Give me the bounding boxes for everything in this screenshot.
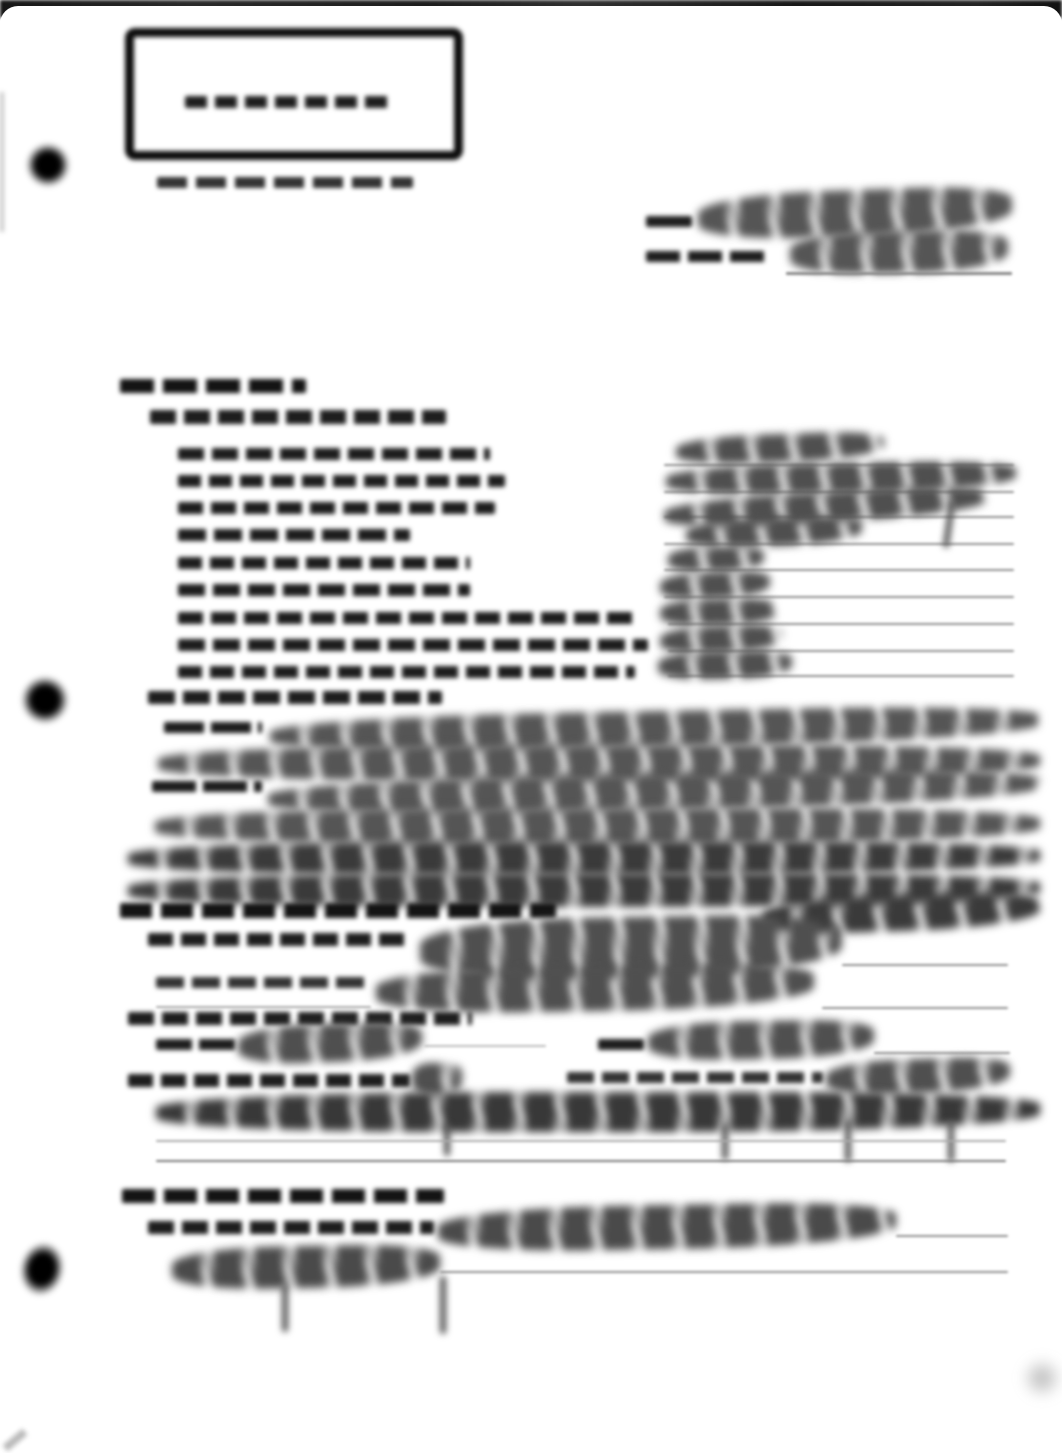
s2c-underline bbox=[156, 1140, 1006, 1142]
s3-descender-1 bbox=[282, 1284, 288, 1332]
s1-item-8 bbox=[178, 639, 648, 651]
title-box-text bbox=[185, 96, 390, 108]
s2b-field2-label bbox=[598, 1039, 644, 1050]
section2-heading bbox=[120, 903, 556, 918]
s1-item-4 bbox=[178, 529, 410, 541]
section1-question-a bbox=[150, 410, 446, 424]
hole-punch-top bbox=[26, 143, 70, 187]
s3a-label bbox=[148, 1221, 434, 1234]
section1-heading bbox=[120, 379, 306, 393]
sb-row5-hand bbox=[128, 841, 1040, 875]
s1-item-6 bbox=[178, 584, 470, 596]
s2c-inline-print bbox=[567, 1072, 823, 1083]
s2a2-label-underline bbox=[156, 1006, 371, 1008]
s2a2-line bbox=[822, 1007, 1008, 1009]
s2c-blank-line bbox=[156, 1160, 1006, 1162]
s2b-field1-label bbox=[156, 1039, 236, 1050]
name-label bbox=[646, 216, 692, 227]
s2b-field1-line bbox=[424, 1045, 546, 1047]
period-underline bbox=[786, 272, 1012, 275]
s3-row2-line bbox=[440, 1271, 1008, 1273]
s1-item-9 bbox=[178, 666, 635, 678]
s1-item-2 bbox=[178, 475, 505, 487]
s3-descender-2 bbox=[440, 1276, 446, 1334]
title-caption-text bbox=[157, 177, 413, 188]
s2c-big-hand-row bbox=[156, 1092, 1040, 1132]
section3-heading bbox=[122, 1189, 444, 1203]
s2a2-label bbox=[156, 977, 371, 988]
sb-row3-label bbox=[152, 781, 262, 792]
left-edge-sliver bbox=[0, 92, 4, 232]
s2b-field2-line bbox=[874, 1052, 1010, 1054]
s1-item-5 bbox=[178, 557, 470, 569]
hole-punch-middle bbox=[21, 676, 69, 724]
s2c-hand-word bbox=[411, 1062, 462, 1096]
section1-question-b bbox=[148, 691, 442, 704]
sb-row1-label bbox=[164, 722, 262, 733]
s1-item-1 bbox=[178, 448, 490, 460]
s2b-label bbox=[128, 1012, 472, 1025]
s3a-line bbox=[896, 1235, 1008, 1237]
sb-row4-hand bbox=[155, 808, 1040, 844]
scanned-worksheet-scan bbox=[0, 0, 1062, 1453]
s1-item-3 bbox=[178, 502, 495, 514]
s2a-label bbox=[148, 933, 410, 946]
period-label bbox=[646, 251, 768, 262]
s2c-descender-2 bbox=[722, 1124, 728, 1160]
s1-item-7 bbox=[178, 612, 640, 624]
s2a-line bbox=[842, 964, 1008, 966]
title-box-frame bbox=[125, 28, 463, 160]
page-number-smudge bbox=[1014, 1350, 1062, 1406]
s2c-label bbox=[128, 1074, 410, 1087]
